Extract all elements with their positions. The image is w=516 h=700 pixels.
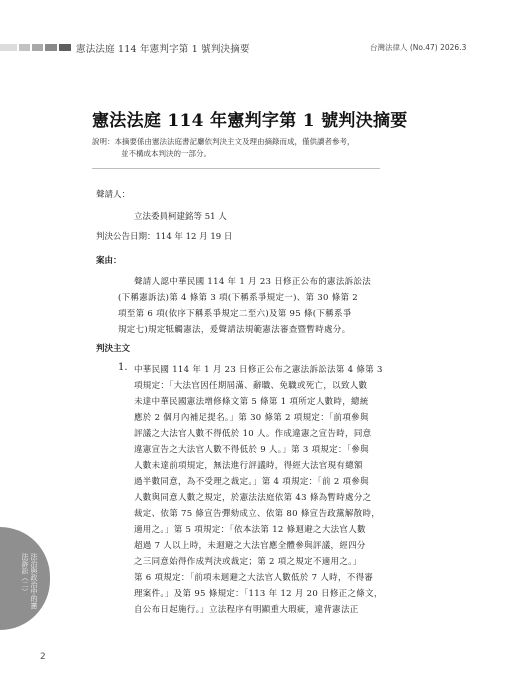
- journal-info: 台灣法律人 (No.47) 2026.3: [370, 42, 466, 53]
- header-bar: [32, 44, 43, 51]
- holding-item-number: 1.: [118, 362, 128, 373]
- case-line: 規定七)規定牴觸憲法，爰聲請法規範憲法審查暨暫時處分。: [118, 322, 434, 338]
- case-line: (下稱憲訴法)第 4 條第 3 項(下稱系爭規定一)、第 30 條第 2: [118, 290, 434, 306]
- note-line: 並不構成本判決的一部分。: [92, 148, 412, 160]
- case-label: 案由：: [96, 254, 122, 266]
- section-tab-label: 法治與政治中的憲法訴訟（二）: [20, 553, 38, 613]
- header-bar: [59, 44, 71, 51]
- holding-line: 適用之。」第 5 項規定：「依本法第 12 條迴避之大法官人數: [134, 522, 434, 538]
- holding-line: 人數未達前項規定，無法進行評議時，得經大法官現有總額: [134, 458, 434, 474]
- header-bar: [45, 44, 57, 51]
- running-title: 憲法法庭 114 年憲判字第 1 號判決摘要: [76, 41, 250, 55]
- holding-label: 判決主文: [96, 342, 130, 354]
- announce-date: 判決公告日期：114 年 12 月 19 日: [96, 230, 232, 242]
- note-line: 說明：本摘要係由憲法法庭書記廳依判決主文及理由摘錄而成，僅供讀者參考，: [92, 137, 355, 146]
- holding-text: 中華民國 114 年 1 月 23 日修正公布之憲法訴訟法第 4 條第 3 項規…: [134, 362, 434, 618]
- petitioner-value: 立法委員柯建銘等 51 人: [134, 210, 227, 222]
- header-bar: [19, 44, 30, 51]
- holding-line: 自公布日起施行。」立法程序有明顯重大瑕疵，違背憲法正: [134, 602, 434, 618]
- header-decoration-bars: [0, 44, 71, 51]
- holding-line: 中華民國 114 年 1 月 23 日修正公布之憲法訴訟法第 4 條第 3: [134, 362, 434, 378]
- holding-line: 裁定、依第 75 條宣告彈劾成立、依第 80 條宣告政黨解散時，: [134, 506, 434, 522]
- holding-line: 之三同意始得作成判決或裁定；第 2 項之規定不適用之。」: [134, 554, 434, 570]
- holding-line: 第 6 項規定：「前項未迴避之大法官人數低於 7 人時，不得審: [134, 570, 434, 586]
- case-line: 項至第 6 項(依序下稱系爭規定二至六)及第 95 條(下稱系爭: [118, 306, 434, 322]
- holding-line: 理案件。」及第 95 條規定：「113 年 12 月 20 日修正之條文，: [134, 586, 434, 602]
- article-title: 憲法法庭 114 年憲判字第 1 號判決摘要: [92, 106, 408, 131]
- editorial-note: 說明：本摘要係由憲法法庭書記廳依判決主文及理由摘錄而成，僅供讀者參考， 並不構成…: [92, 136, 412, 160]
- case-summary: 聲請人認中華民國 114 年 1 月 23 日修正公布的憲法訴訟法 (下稱憲訴法…: [134, 274, 434, 338]
- case-line: 聲請人認中華民國 114 年 1 月 23 日修正公布的憲法訴訟法: [134, 274, 434, 290]
- holding-line: 超過 7 人以上時，未迴避之大法官應全體參與評議，經四分: [134, 538, 434, 554]
- divider: [92, 168, 380, 169]
- holding-line: 人數與同意人數之規定，於憲法法庭依第 43 條為暫時處分之: [134, 490, 434, 506]
- holding-line: 評議之大法官人數不得低於 10 人。作成違憲之宣告時，同意: [134, 426, 434, 442]
- petitioner-label: 聲請人：: [96, 188, 130, 200]
- page-number: 2: [40, 652, 46, 662]
- holding-line: 未達中華民國憲法增修條文第 5 條第 1 項所定人數時，總統: [134, 394, 434, 410]
- holding-line: 違憲宣告之大法官人數不得低於 9 人。」第 3 項規定：「參與: [134, 442, 434, 458]
- header-bar: [0, 44, 17, 51]
- holding-line: 項規定：「大法官因任期屆滿、辭職、免職或死亡，以致人數: [134, 378, 434, 394]
- holding-line: 應於 2 個月內補足提名。」第 30 條第 2 項規定：「前項參與: [134, 410, 434, 426]
- holding-line: 過半數同意，為不受理之裁定。」第 4 項規定：「前 2 項參與: [134, 474, 434, 490]
